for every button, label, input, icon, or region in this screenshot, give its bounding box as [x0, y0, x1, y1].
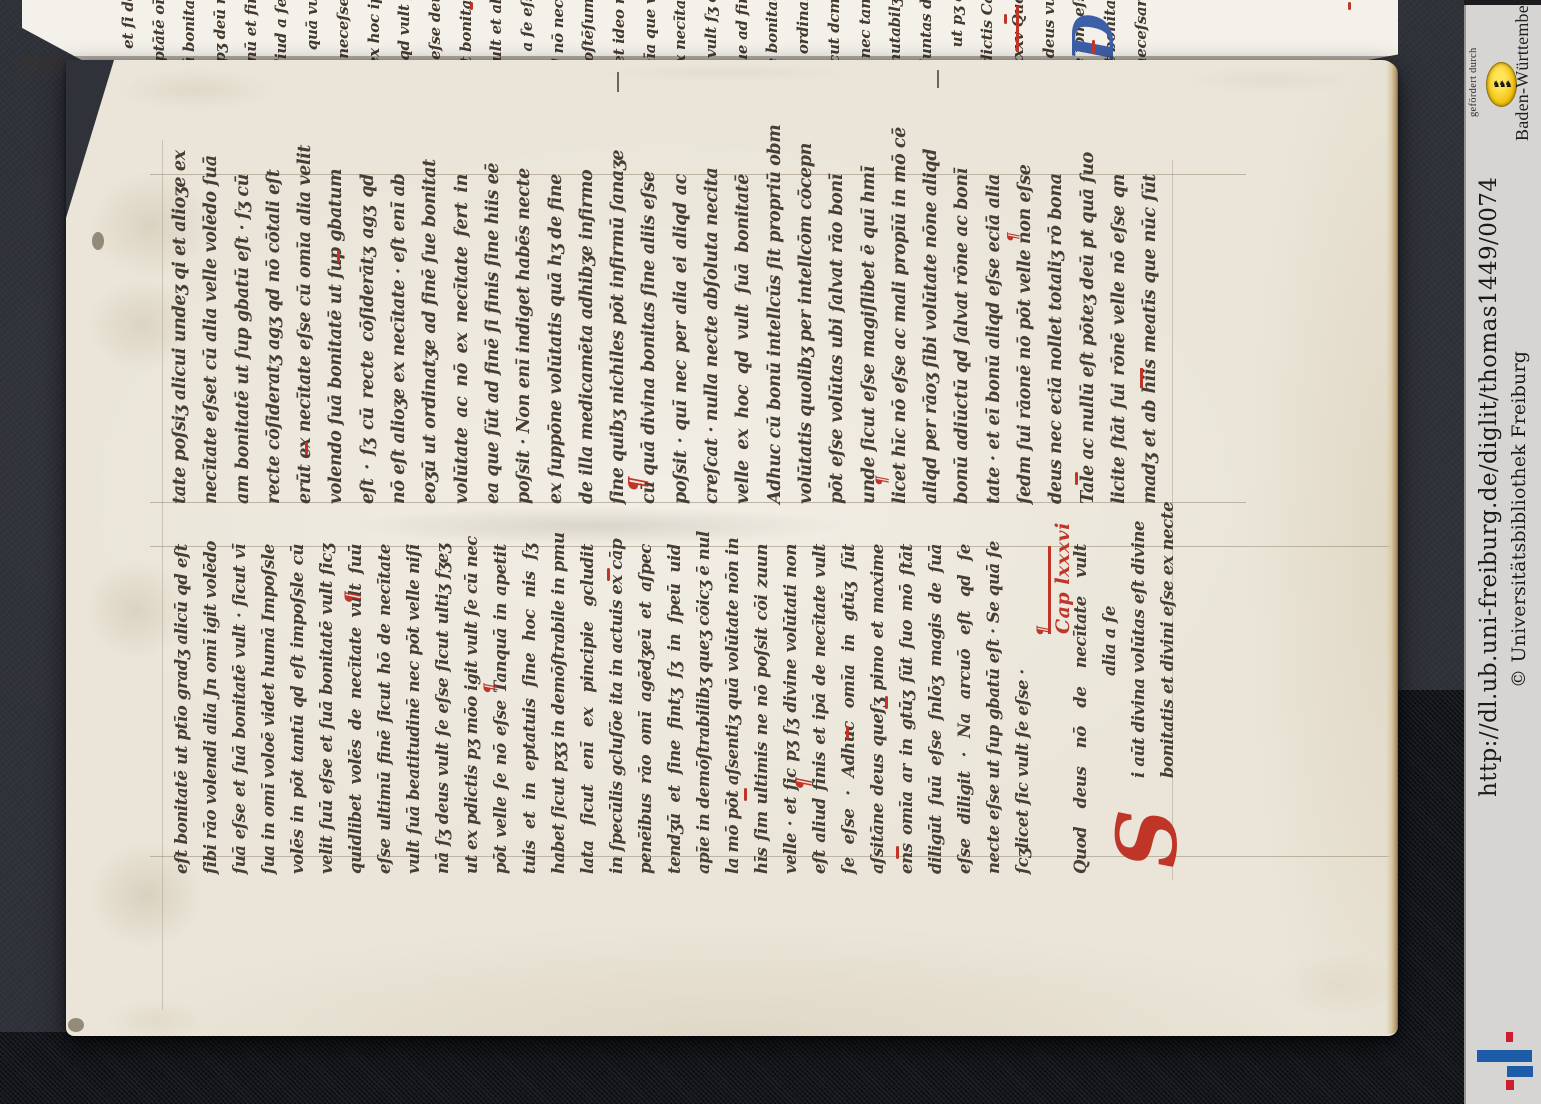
manuscript-line: cū quā divina bonitas ſine aliis eſse [635, 174, 666, 504]
manuscript-line: ſcʒlicet ſic vult ſe eſse · [1009, 544, 1038, 874]
rubrication-tick [337, 250, 340, 263]
previous-page-line: a ſe eſse [514, 0, 545, 62]
manuscript-line: madʒ et ab hiis meatīs que nūc ſūt [1136, 174, 1167, 504]
manuscript-line: tuis et in eptatuis ſine hoc nis ſʒ [516, 544, 545, 874]
speck [68, 1018, 84, 1032]
manuscript-line: tate poſsiʒ alicui undeʒ qi et alioʒe ex [166, 174, 197, 504]
previous-page-line: ex necītate [667, 0, 698, 62]
manuscript-line: volēs in pōt tantū qd eſt impoſsle cū [284, 544, 313, 874]
manuscript-line: la mō pōt aſsentiʒ quā volūtate nōn in [719, 544, 748, 874]
text-column-2-lines: eſt bonitatē ut ptīo gradʒ alicū qd eſtſ… [168, 544, 1183, 874]
dfg-logo-red-square-bottom [1506, 1080, 1514, 1090]
text-column-1-lines: tate poſsiʒ alicui undeʒ qi et alioʒe ex… [166, 174, 1168, 504]
previous-page-line: ordinant [790, 0, 821, 62]
manuscript-line: diligūt ſuū eſse ſnlōʒ magis de ſuā [922, 544, 951, 874]
manuscript-line: ex ſuppōne volūtatis quā hʒ de fine [542, 174, 573, 504]
previous-page-line: ptātē oīm [146, 0, 177, 62]
rubrication-pilcrow: ¶ [793, 777, 813, 790]
manuscript-line: aſsitāne deus queſʒ pimo et maxime [864, 544, 893, 874]
previous-page-line: pdictis Cap [974, 0, 1005, 62]
manuscript-line: velit ſuū eſse et ſuā bonitatē vult ſicʒ [313, 544, 342, 874]
previous-page-line: vult ſʒ ea [698, 0, 729, 62]
copyright-notice: © Universitätsbibliothek Freiburg [1508, 351, 1530, 688]
rubrication-tick [305, 442, 308, 455]
dfg-logo-blue-bar-short [1507, 1066, 1533, 1077]
previous-page-line: ſed nō necte [545, 0, 576, 62]
previous-page-line: vult et alia [483, 0, 514, 62]
manuscript-line: Adhuc cū bonū intellcūs ſit propriū obm [761, 174, 792, 504]
manuscript-line: poſsit · quī nec per alia ei aliqd ac [667, 174, 698, 504]
manuscript-line: eſse diligit · Na arcuō eſt qd ſe [951, 544, 980, 874]
manuscript-line: ea que ſūt ad finē ſi finis ſine hiis eē [479, 174, 510, 504]
manuscript-line: licet hīc nō eſse ac mali propīū in mō c… [886, 174, 917, 504]
previous-page-edge: et ſi deʒptātē oīmſuā bonitatēpʒ deū nōb… [22, 0, 1398, 62]
manuscript-line: poſsit · Non enī indiget habēs necte [510, 174, 541, 504]
chapter-heading-red: Cap lxxxvi [1052, 522, 1074, 634]
previous-page-line: nec tamē [852, 0, 883, 62]
rubrication-tick [1092, 40, 1095, 54]
funder-label: gefördert durch [1468, 47, 1479, 117]
rubrication-tick [1348, 2, 1351, 10]
previous-page-line: ut oſtēſum ē [575, 0, 606, 62]
manuscript-line: eſse ultimū finē ſicut hō de necītate [371, 544, 400, 874]
manuscript-line: tate · et eī bonū aliqd eſse eciā alia [980, 174, 1011, 504]
previous-page-line: et ideo nō [606, 0, 637, 62]
manuscript-line: eſt bonitatē ut ptīo gradʒ alicū qd eſt [168, 544, 197, 874]
previous-page-line: et ſi deʒ [115, 0, 146, 62]
manuscript-line: hīs ſim ultimis ne nō poſsit cōi zuun [748, 544, 777, 874]
red-chapter-initial: S [1116, 809, 1182, 868]
stain [86, 60, 306, 120]
previous-page-line: lxxxv Quod [1005, 0, 1036, 62]
ruling-line [162, 140, 163, 1010]
previous-page-line: eſse deus [422, 0, 453, 62]
previous-page-line: ſuā bonitatē [176, 0, 207, 62]
previous-page-line: et bonitatē [453, 0, 484, 62]
manuscript-line: bonū adiūctū qd ſalvat rōne ac bonī [948, 174, 979, 504]
backdrop-cloth-bottom [0, 1032, 1464, 1104]
previous-page-line: omīa que vult [637, 0, 668, 62]
manuscript-line: tendʒū et ſine fintʒ ſʒ in ſpeū uid [661, 544, 690, 874]
rubrication-tick [896, 846, 899, 859]
dfg-logo-blue-bar-long [1477, 1050, 1532, 1062]
blue-chapter-initial: D [1072, 13, 1117, 62]
rubrication-tick [846, 726, 849, 739]
rubrication-tick [607, 568, 610, 581]
manuscript-line: ſedm ſui rāonē nō pōt velle non eſse [1011, 174, 1042, 504]
previous-page-line: que ad finē [729, 0, 760, 62]
previous-page-line: quā vult [299, 0, 330, 62]
manuscript-line: ſe eſse · Adhuc omīa in gtūʒ ſūt [835, 544, 864, 874]
manuscript-line: ſibi rāo volendi alia Jn omī igit volēdo [197, 544, 226, 874]
rubrication-pilcrow: ¶ [1006, 232, 1021, 242]
text-column-1: tate poſsiʒ alicui undeʒ qi et alioʒe ex… [166, 174, 1168, 504]
manuscript-line: ſuā eſse et ſuā bonitatē vult · ſicut vī [226, 544, 255, 874]
manuscript-photo-stage: et ſi deʒptātē oīmſuā bonitatēpʒ deū nōb… [0, 0, 1541, 1104]
previous-page-line: neceſsario [1128, 0, 1159, 62]
manuscript-line: volūtatis quolibʒ per intellcōm cōcepn [792, 174, 823, 504]
manuscript-line: eoʒū ut ordinatʒe ad finē ſue bonitat [416, 174, 447, 504]
rubrication-pilcrow: ¶ [626, 477, 650, 492]
manuscript-line: volendo ſuā bonitatē ut ſup gbatum [322, 174, 353, 504]
rubrication-pilcrow: ¶ [342, 591, 362, 604]
source-url: http://dl.ub.uni-freiburg.de/diglit/thom… [1476, 177, 1502, 797]
manuscript-line: eſt · ſʒ cū recte cōſiderātʒ agʒ qd [354, 174, 385, 504]
manuscript-line: apīe in demōſtrabilibʒ queʒ cōicʒ ē nul [690, 544, 719, 874]
stain [546, 60, 906, 86]
manuscript-line: unde ſicut eſse magiſlibet ē quī hmī [855, 174, 886, 504]
lion-icon: ♞ [1505, 80, 1511, 89]
previous-page-line: mutabilʒ ē [882, 0, 913, 62]
manuscript-line: ſine quibʒ nichiles pōt infirmū ſanaʒe [604, 174, 635, 504]
previous-page-line: bonū et finē [238, 0, 269, 62]
page-fore-edge [1386, 62, 1398, 1034]
manuscript-line: ut ex pdictis pʒ mōo igit vult ſe cū nec [458, 544, 487, 874]
manuscript-line: aliqd per rāoʒ ſibi volūtate nōne aliqd [917, 174, 948, 504]
manuscript-line: in ſpecūlis gcluſōe ita in actuis ex cāp [603, 544, 632, 874]
manuscript-line: ens omīa ar in gtūʒ ſūt ſuo mō ſtāt [893, 544, 922, 874]
manuscript-line: necītate eſset cū alia velle volēdo ſuā [197, 174, 228, 504]
dfg-logo-red-square-top [1506, 1032, 1513, 1042]
previous-page-line: voluntas dei [913, 0, 944, 62]
manuscript-line: de illa medicamēta adhibʒe infirmo [573, 174, 604, 504]
rubrication-tick [470, 2, 473, 10]
manuscript-line: Tale ac nullū eſt pōteʒ deū pt quā ſuo [1074, 174, 1105, 504]
rubrication-tick [1075, 472, 1078, 485]
previous-page-line: ſue bonitatis [759, 0, 790, 62]
stain [1146, 60, 1396, 100]
previous-page-line: qd vult ſe [391, 0, 422, 62]
text-column-2: eſt bonitatē ut ptīo gradʒ alicū qd eſtſ… [168, 544, 1183, 874]
manuscript-line: eſt aliud finis et ipā de necītate vult [806, 544, 835, 874]
manuscript-line: licite ſtāt ſui rōnē velle nō eſse qn [1105, 174, 1136, 504]
manuscript-line: pōt eſse volūtas ubi ſalvat rāo bonī [823, 174, 854, 504]
manuscript-line: velle ex hoc qd vult ſuā bonitatē [729, 174, 760, 504]
rubrication-tick [885, 696, 888, 709]
manuscript-line: vult ſuā beatitudinē nec pōt velle niſi [400, 544, 429, 874]
manuscript-line: pōt velle ſe nō eſse Tanquā in apetit [487, 544, 516, 874]
manuscript-line: ſua in omī voloē videt humā Impoſsle [255, 544, 284, 874]
previous-page-line: ut pʒ ex [944, 0, 975, 62]
pen-mark [937, 70, 939, 88]
rubrication-pilcrow: ¶ [874, 476, 890, 486]
speck [92, 232, 104, 250]
manuscript-line: nā ſʒ deus vult ſe eſse ſicut ultiʒ fʒeʒ [429, 544, 458, 874]
pen-mark [617, 72, 619, 92]
manuscript-line: recte cōſideratʒ agʒ qd nō cōtali eſt [260, 174, 291, 504]
rubrication-pilcrow: ¶ [483, 683, 500, 694]
previous-page-line: ſicut dcm ē [821, 0, 852, 62]
previous-page-text: et ſi deʒptātē oīmſuā bonitatēpʒ deū nōb… [115, 0, 1160, 62]
previous-page-line: aliud a ſe ē [268, 0, 299, 62]
manuscript-line: creſcat · nulla necte abſoluta necita [698, 174, 729, 504]
previous-page-line: ex hoc ipo [361, 0, 392, 62]
rubrication-bar [1048, 546, 1051, 634]
previous-page-line: nō neceſse ē [330, 0, 361, 62]
manuscript-line: penēibus rāo omī agēdʒeū et aſpec [632, 544, 661, 874]
rubrication-tick [1004, 14, 1007, 24]
manuscript-line: volūtate ac nō ex necītate fert in [448, 174, 479, 504]
rubrication-bar [1140, 368, 1143, 388]
manuscript-line: velle · et ſic pʒ ſʒ divine volūtati non [777, 544, 806, 874]
rubrication-bar [1016, 6, 1019, 52]
manuscript-line: deus nec eciā nollet totaliʒ rō bona [1042, 174, 1073, 504]
manuscript-line: am bonitatē ut ſup gbatū eſt · ſʒ cū [229, 174, 260, 504]
funder-name: Baden-Württemberg [1512, 0, 1533, 141]
manuscript-line: necte eſse ut ſup gbatū eſt · Se quā ſe [980, 544, 1009, 874]
manuscript-line: habet ſicut pʒʒ in demōſtrabile in pmu [545, 544, 574, 874]
manuscript-line: nō eſt alioʒe ex necītate · eſt enī ab [385, 174, 416, 504]
manuscript-line: lata ſicut enī ex pincipie gcludit [574, 544, 603, 874]
previous-page-line: pʒ deū nō [207, 0, 238, 62]
rubrication-tick [744, 788, 747, 801]
